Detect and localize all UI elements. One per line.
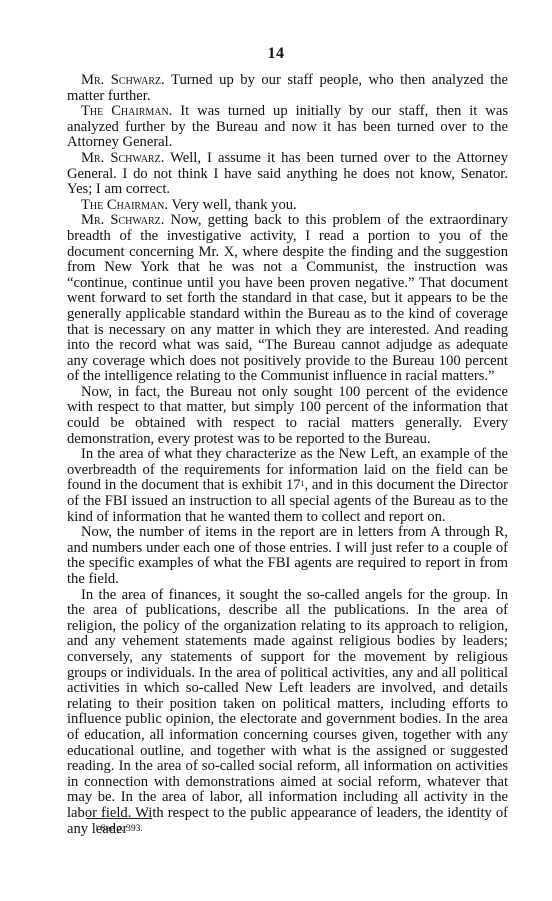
paragraph-report-items: Now, the number of items in the report a… xyxy=(67,525,508,587)
speaker-name: The Chairman. xyxy=(81,103,172,119)
paragraph-text: Now, the number of items in the report a… xyxy=(67,524,508,587)
paragraph-text: Now, getting back to this problem of the… xyxy=(67,212,508,384)
hearing-transcript-body: Mr. Schwarz. Turned up by our staff peop… xyxy=(67,73,508,837)
paragraph-schwarz-3: Mr. Schwarz. Now, getting back to this p… xyxy=(67,213,508,385)
footnote-text: See p. 393. xyxy=(101,824,143,834)
speaker-name: The Chairman. xyxy=(81,197,168,213)
footnote-reference[interactable]: 1 xyxy=(301,479,305,488)
paragraph-text: Now, in fact, the Bureau not only sought… xyxy=(67,384,508,447)
paragraph-text: Very well, thank you. xyxy=(168,197,297,213)
footnote-marker: 1 xyxy=(95,824,99,832)
page-number: 14 xyxy=(0,45,552,63)
paragraph-schwarz-1: Mr. Schwarz. Turned up by our staff peop… xyxy=(67,73,508,104)
speaker-name: Mr. Schwarz. xyxy=(81,212,164,228)
paragraph-chairman-2: The Chairman. Very well, thank you. xyxy=(67,198,508,214)
footnote: 1See p. 393. xyxy=(95,824,143,835)
paragraph-new-left: In the area of what they characterize as… xyxy=(67,447,508,525)
paragraph-areas: In the area of finances, it sought the s… xyxy=(67,588,508,838)
speaker-name: Mr. Schwarz. xyxy=(81,150,164,166)
paragraph-text: In the area of finances, it sought the s… xyxy=(67,587,508,837)
footnote-divider xyxy=(86,818,152,819)
paragraph-racial-matters: Now, in fact, the Bureau not only sought… xyxy=(67,385,508,447)
paragraph-schwarz-2: Mr. Schwarz. Well, I assume it has been … xyxy=(67,151,508,198)
paragraph-chairman-1: The Chairman. It was turned up initially… xyxy=(67,104,508,151)
speaker-name: Mr. Schwarz. xyxy=(81,72,165,88)
